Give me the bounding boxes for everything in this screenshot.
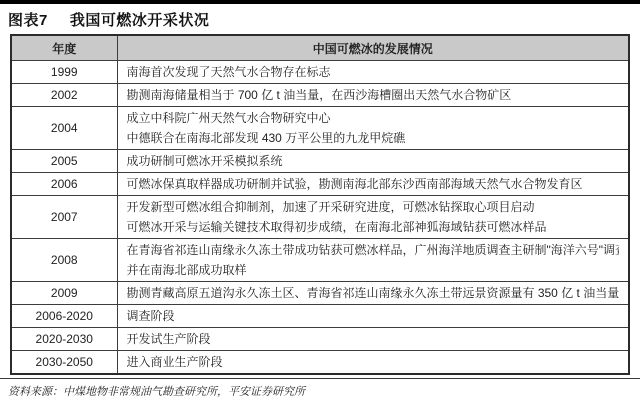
year-cell: 2007	[11, 196, 117, 239]
desc-line: 南海首次发现了天然气水合物存在标志	[127, 62, 620, 82]
desc-line: 并在南海北部成功取样	[127, 260, 620, 280]
desc-line: 勘测青藏高原五道沟永久冻土区、青海省祁连山南缘永久冻土带远景资源量有 350 亿…	[127, 283, 620, 303]
table-row: 2004成立中科院广州天然气水合物研究中心中德联合在南海北部发现 430 万平公…	[11, 107, 629, 150]
desc-cell: 可燃冰保真取样器成功研制并试验，勘测南海北部东沙西南部海域天然气水合物发育区	[117, 173, 629, 196]
source-note: 资料来源：中煤地物非常规油气勘查研究所，平安证券研究所	[0, 378, 640, 402]
year-cell: 2006-2020	[11, 305, 117, 328]
year-cell: 2006	[11, 173, 117, 196]
table-row: 2006-2020调查阶段	[11, 305, 629, 328]
table-row: 2009勘测青藏高原五道沟永久冻土区、青海省祁连山南缘永久冻土带远景资源量有 3…	[11, 282, 629, 305]
table-row: 2005成功研制可燃冰开采模拟系统	[11, 150, 629, 173]
year-cell: 2002	[11, 84, 117, 107]
desc-cell: 南海首次发现了天然气水合物存在标志	[117, 61, 629, 84]
source-text: 资料来源：中煤地物非常规油气勘查研究所，平安证券研究所	[8, 386, 305, 398]
desc-line: 勘测南海储量相当于 700 亿 t 油当量，在西沙海槽圈出天然气水合物矿区	[127, 85, 620, 105]
year-cell: 2005	[11, 150, 117, 173]
desc-cell: 成立中科院广州天然气水合物研究中心中德联合在南海北部发现 430 万平公里的九龙…	[117, 107, 629, 150]
desc-line: 可燃冰开采与运输关键技术取得初步成绩，在南海北部神狐海域钻获可燃冰样品	[127, 217, 620, 237]
table-body: 1999南海首次发现了天然气水合物存在标志2002勘测南海储量相当于 700 亿…	[11, 61, 629, 375]
desc-line: 进入商业生产阶段	[127, 352, 620, 372]
column-header-desc: 中国可燃冰的发展情况	[117, 35, 629, 61]
desc-line: 成功研制可燃冰开采模拟系统	[127, 151, 620, 171]
table-row: 2002勘测南海储量相当于 700 亿 t 油当量，在西沙海槽圈出天然气水合物矿…	[11, 84, 629, 107]
desc-line: 在青海省祁连山南缘永久冻土带成功钻获可燃冰样品，广州海洋地质调查主研制"海洋六号…	[127, 240, 620, 260]
desc-line: 中德联合在南海北部发现 430 万平公里的九龙甲烷礁	[127, 128, 620, 148]
column-header-year: 年度	[11, 35, 117, 61]
table-row: 1999南海首次发现了天然气水合物存在标志	[11, 61, 629, 84]
desc-line: 调查阶段	[127, 306, 620, 326]
desc-cell: 开发新型可燃冰组合抑制剂，加速了开采研究进度，可燃冰钻探取心项目启动可燃冰开采与…	[117, 196, 629, 239]
desc-cell: 在青海省祁连山南缘永久冻土带成功钻获可燃冰样品，广州海洋地质调查主研制"海洋六号…	[117, 239, 629, 282]
year-cell: 2030-2050	[11, 351, 117, 375]
figure-title: 图表7我国可燃冰开采状况	[0, 4, 640, 34]
year-cell: 2009	[11, 282, 117, 305]
year-cell: 2004	[11, 107, 117, 150]
desc-cell: 进入商业生产阶段	[117, 351, 629, 375]
year-cell: 1999	[11, 61, 117, 84]
desc-cell: 勘测南海储量相当于 700 亿 t 油当量，在西沙海槽圈出天然气水合物矿区	[117, 84, 629, 107]
desc-line: 开发新型可燃冰组合抑制剂，加速了开采研究进度，可燃冰钻探取心项目启动	[127, 197, 620, 217]
year-cell: 2020-2030	[11, 328, 117, 351]
table-row: 2008在青海省祁连山南缘永久冻土带成功钻获可燃冰样品，广州海洋地质调查主研制"…	[11, 239, 629, 282]
table-row: 2007开发新型可燃冰组合抑制剂，加速了开采研究进度，可燃冰钻探取心项目启动可燃…	[11, 196, 629, 239]
milestone-table: 年度 中国可燃冰的发展情况 1999南海首次发现了天然气水合物存在标志2002勘…	[10, 34, 630, 375]
table-row: 2006可燃冰保真取样器成功研制并试验，勘测南海北部东沙西南部海域天然气水合物发…	[11, 173, 629, 196]
header-row: 年度 中国可燃冰的发展情况	[11, 35, 629, 61]
desc-cell: 勘测青藏高原五道沟永久冻土区、青海省祁连山南缘永久冻土带远景资源量有 350 亿…	[117, 282, 629, 305]
desc-line: 可燃冰保真取样器成功研制并试验，勘测南海北部东沙西南部海域天然气水合物发育区	[127, 174, 620, 194]
desc-cell: 开发试生产阶段	[117, 328, 629, 351]
desc-line: 成立中科院广州天然气水合物研究中心	[127, 108, 620, 128]
desc-line: 开发试生产阶段	[127, 329, 620, 349]
report-figure-page: 图表7我国可燃冰开采状况 年度 中国可燃冰的发展情况 1999南海首次发现了天然…	[0, 0, 640, 402]
table-row: 2020-2030开发试生产阶段	[11, 328, 629, 351]
figure-label: 图表7	[8, 12, 48, 29]
table-row: 2030-2050进入商业生产阶段	[11, 351, 629, 375]
year-cell: 2008	[11, 239, 117, 282]
figure-title-text: 我国可燃冰开采状况	[70, 12, 210, 29]
desc-cell: 调查阶段	[117, 305, 629, 328]
desc-cell: 成功研制可燃冰开采模拟系统	[117, 150, 629, 173]
